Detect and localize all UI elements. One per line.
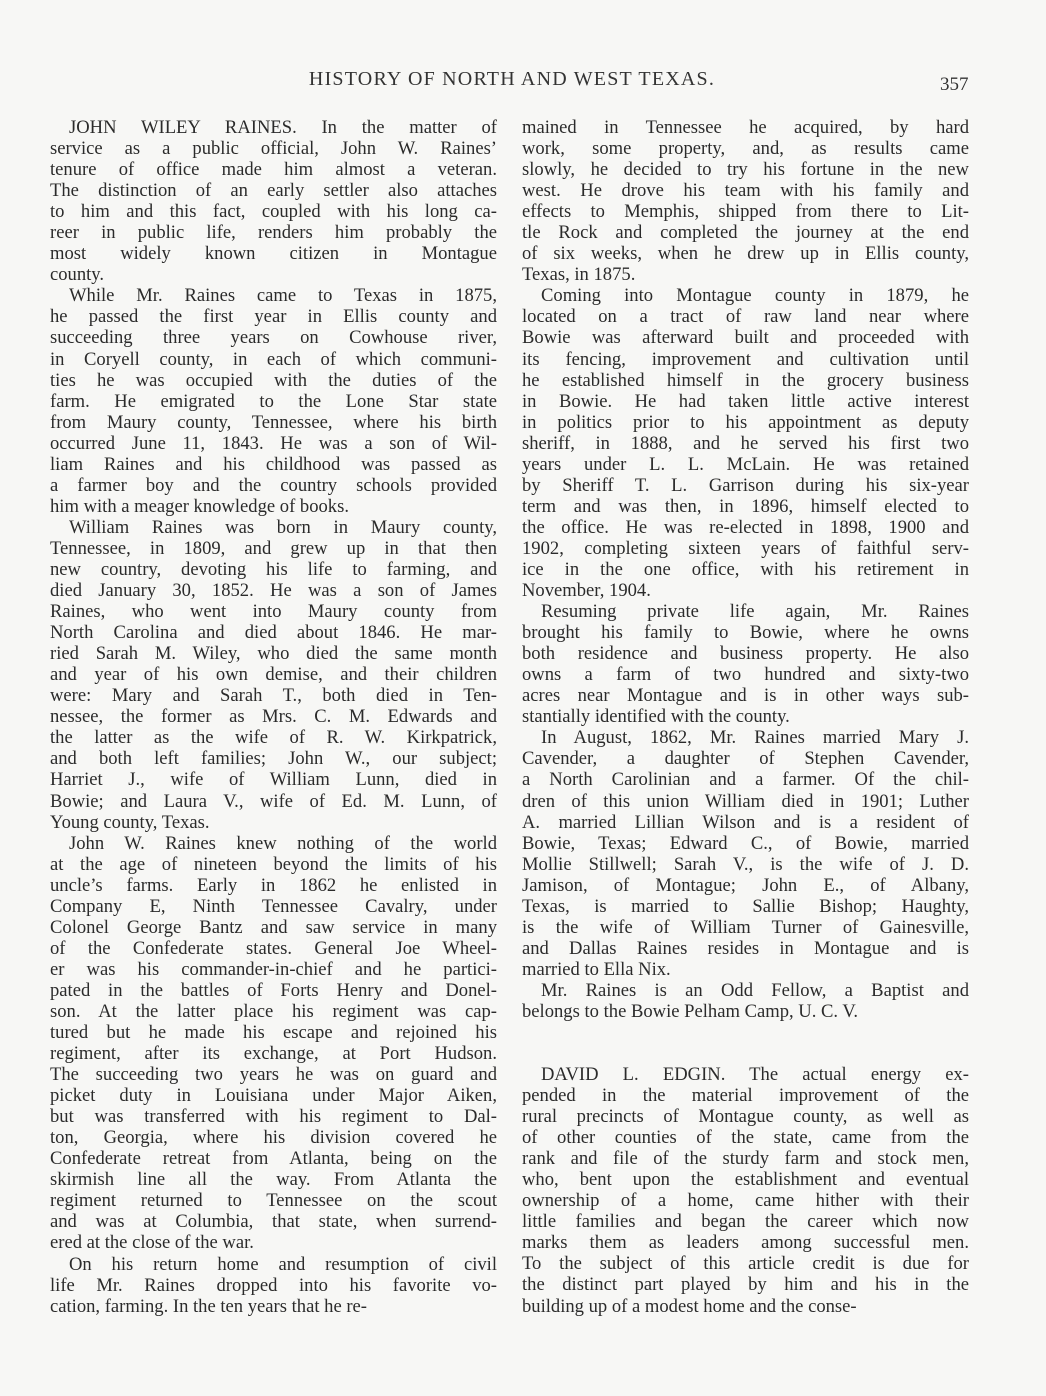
text-line: tle Rock and completed the journey at th… [522,222,969,243]
text-line: stantially identified with the county. [522,706,969,727]
text-line: On his return home and resumption of civ… [50,1254,497,1275]
text-line: Cavender, a daughter of Stephen Cavender… [522,748,969,769]
text-line: is the wife of William Turner of Gainesv… [522,917,969,938]
paragraph-raines-affiliations: Mr. Raines is an Odd Fellow, a Baptist a… [522,980,969,1022]
text-line: regiment, after its exchange, at Port Hu… [50,1043,497,1064]
text-line: in politics prior to his appointment as … [522,412,969,433]
text-line: Company E, Ninth Tennessee Cavalry, unde… [50,896,497,917]
text-line: and year of his own demise, and their ch… [50,664,497,685]
paragraph-raines-montague: Coming into Montague county in 1879, hel… [522,285,969,601]
text-line: sheriff, in 1888, and he served his firs… [522,433,969,454]
text-line: by Sheriff T. L. Garrison during his six… [522,475,969,496]
text-line: To the subject of this article credit is… [522,1253,969,1274]
text-line: owns a farm of two hundred and sixty-two [522,664,969,685]
text-line: JOHN WILEY RAINES. In the matter of [50,117,497,138]
text-line: Mr. Raines is an Odd Fellow, a Baptist a… [522,980,969,1001]
text-line: marks them as leaders among successful m… [522,1232,969,1253]
text-line: located on a tract of raw land near wher… [522,306,969,327]
text-line: pated in the battles of Forts Henry and … [50,980,497,1001]
text-line: of the Confederate states. General Joe W… [50,938,497,959]
text-line: county. [50,264,497,285]
text-line: North Carolina and died about 1846. He m… [50,622,497,643]
text-line: at the age of nineteen beyond the limits… [50,854,497,875]
text-line: mained in Tennessee he acquired, by hard [522,117,969,138]
page-number: 357 [940,74,969,96]
text-line: life Mr. Raines dropped into his favorit… [50,1275,497,1296]
text-line: tenure of office made him almost a veter… [50,159,497,180]
text-line: both residence and business property. He… [522,643,969,664]
text-line: William Raines was born in Maury county, [50,517,497,538]
header-title: HISTORY OF NORTH AND WEST TEXAS. [256,68,768,91]
text-line: new country, devoting his life to farmin… [50,559,497,580]
text-line: tured but he made his escape and rejoine… [50,1022,497,1043]
text-line: ton, Georgia, where his division covered… [50,1127,497,1148]
text-line: a North Carolinian and a farmer. Of the … [522,769,969,790]
text-line: service as a public official, John W. Ra… [50,138,497,159]
text-line: Coming into Montague county in 1879, he [522,285,969,306]
text-line: Bowie, Texas; Edward C., of Bowie, marri… [522,833,969,854]
text-line: Bowie; and Laura V., wife of Ed. M. Lunn… [50,791,497,812]
text-line: the latter as the wife of R. W. Kirkpatr… [50,727,497,748]
text-line: married to Ella Nix. [522,959,969,980]
text-line: Confederate retreat from Atlanta, being … [50,1148,497,1169]
text-line: and both left families; John W., our sub… [50,748,497,769]
text-line: he established himself in the grocery bu… [522,370,969,391]
text-line: The distinction of an early settler also… [50,180,497,201]
text-line: ried Sarah M. Wiley, who died the same m… [50,643,497,664]
paragraph-edgin-intro: DAVID L. EDGIN. The actual energy ex-pen… [522,1064,969,1317]
text-line: years under L. L. McLain. He was retaine… [522,454,969,475]
text-line: nessee, the former as Mrs. C. M. Edwards… [50,706,497,727]
text-line: skirmish line all the way. From Atlanta … [50,1169,497,1190]
paragraph-raines-marriage: In August, 1862, Mr. Raines married Mary… [522,727,969,980]
paragraph-raines-return-cont: mained in Tennessee he acquired, by hard… [522,117,969,285]
text-line: er was his commander-in-chief and he par… [50,959,497,980]
text-line: ownership of a home, came hither with th… [522,1190,969,1211]
text-line: Harriet J., wife of William Lunn, died i… [50,769,497,790]
text-line: its fencing, improvement and cultivation… [522,349,969,370]
text-line: picket duty in Louisiana under Major Aik… [50,1085,497,1106]
text-line: The succeeding two years he was on guard… [50,1064,497,1085]
text-line: DAVID L. EDGIN. The actual energy ex- [522,1064,969,1085]
text-line: belongs to the Bowie Pelham Camp, U. C. … [522,1001,969,1022]
text-line: liam Raines and his childhood was passed… [50,454,497,475]
text-line: the office. He was re-elected in 1898, 1… [522,517,969,538]
paragraph-raines-arrival: While Mr. Raines came to Texas in 1875,h… [50,285,497,517]
text-line: ice in the one office, with his retireme… [522,559,969,580]
text-line: reer in public life, renders him probabl… [50,222,497,243]
text-line: of six weeks, when he drew up in Ellis c… [522,243,969,264]
text-line: Mollie Stillwell; Sarah V., is the wife … [522,854,969,875]
paragraph-raines-war: John W. Raines knew nothing of the world… [50,833,497,1254]
text-line: the distinct part played by him and his … [522,1274,969,1295]
text-line: dren of this union William died in 1901;… [522,791,969,812]
text-line: pended in the material improvement of th… [522,1085,969,1106]
text-line: Tennessee, in 1809, and grew up in that … [50,538,497,559]
paragraph-raines-return: On his return home and resumption of civ… [50,1254,497,1317]
text-line: of other counties of the state, came fro… [522,1127,969,1148]
text-line: he passed the first year in Ellis county… [50,306,497,327]
text-line: and Dallas Raines resides in Montague an… [522,938,969,959]
text-line: term and was then, in 1896, himself elec… [522,496,969,517]
text-line: Colonel George Bantz and saw service in … [50,917,497,938]
text-line: effects to Memphis, shipped from there t… [522,201,969,222]
text-line: In August, 1862, Mr. Raines married Mary… [522,727,969,748]
section-gap [522,1022,969,1064]
text-line: work, some property, and, as results cam… [522,138,969,159]
text-line: occurred June 11, 1843. He was a son of … [50,433,497,454]
text-line: died January 30, 1852. He was a son of J… [50,580,497,601]
text-line: to him and this fact, coupled with his l… [50,201,497,222]
book-page: HISTORY OF NORTH AND WEST TEXAS. 357 JOH… [0,0,1046,1396]
text-line: succeeding three years on Cowhouse river… [50,327,497,348]
running-header: HISTORY OF NORTH AND WEST TEXAS. 357 [0,68,1046,98]
text-line: in Coryell county, in each of which comm… [50,349,497,370]
text-line: from Maury county, Tennessee, where his … [50,412,497,433]
text-line: were: Mary and Sarah T., both died in Te… [50,685,497,706]
text-line: a farmer boy and the country schools pro… [50,475,497,496]
text-line: November, 1904. [522,580,969,601]
text-line: rank and file of the sturdy farm and sto… [522,1148,969,1169]
text-line: building up of a modest home and the con… [522,1296,969,1317]
text-line: ties he was occupied with the duties of … [50,370,497,391]
text-line: Raines, who went into Maury county from [50,601,497,622]
text-line: acres near Montague and is in other ways… [522,685,969,706]
text-line: him with a meager knowledge of books. [50,496,497,517]
text-line: rural precincts of Montague county, as w… [522,1106,969,1127]
paragraph-raines-private-life: Resuming private life again, Mr. Rainesb… [522,601,969,727]
text-line: Young county, Texas. [50,812,497,833]
text-line: A. married Lillian Wilson and is a resid… [522,812,969,833]
text-line: but was transferred with his regiment to… [50,1106,497,1127]
text-line: regiment returned to Tennessee on the sc… [50,1190,497,1211]
text-line: slowly, he decided to try his fortune in… [522,159,969,180]
text-line: son. At the latter place his regiment wa… [50,1001,497,1022]
text-line: most widely known citizen in Montague [50,243,497,264]
text-line: brought his family to Bowie, where he ow… [522,622,969,643]
text-line: Bowie was afterward built and proceeded … [522,327,969,348]
text-line: in Bowie. He had taken little active int… [522,391,969,412]
text-line: Jamison, of Montague; John E., of Albany… [522,875,969,896]
text-line: little families and began the career whi… [522,1211,969,1232]
text-line: uncle’s farms. Early in 1862 he enlisted… [50,875,497,896]
text-line: farm. He emigrated to the Lone Star stat… [50,391,497,412]
text-line: Texas, is married to Sallie Bishop; Haug… [522,896,969,917]
text-line: west. He drove his team with his family … [522,180,969,201]
right-column: mained in Tennessee he acquired, by hard… [522,117,969,1317]
paragraph-raines-intro: JOHN WILEY RAINES. In the matter ofservi… [50,117,497,285]
left-column: JOHN WILEY RAINES. In the matter ofservi… [50,117,497,1317]
text-line: John W. Raines knew nothing of the world [50,833,497,854]
text-line: While Mr. Raines came to Texas in 1875, [50,285,497,306]
paragraph-raines-parents: William Raines was born in Maury county,… [50,517,497,833]
text-line: Resuming private life again, Mr. Raines [522,601,969,622]
text-line: who, bent upon the establishment and eve… [522,1169,969,1190]
text-line: 1902, completing sixteen years of faithf… [522,538,969,559]
text-line: and was at Columbia, that state, when su… [50,1211,497,1232]
text-line: Texas, in 1875. [522,264,969,285]
text-line: ered at the close of the war. [50,1232,497,1253]
text-line: cation, farming. In the ten years that h… [50,1296,497,1317]
